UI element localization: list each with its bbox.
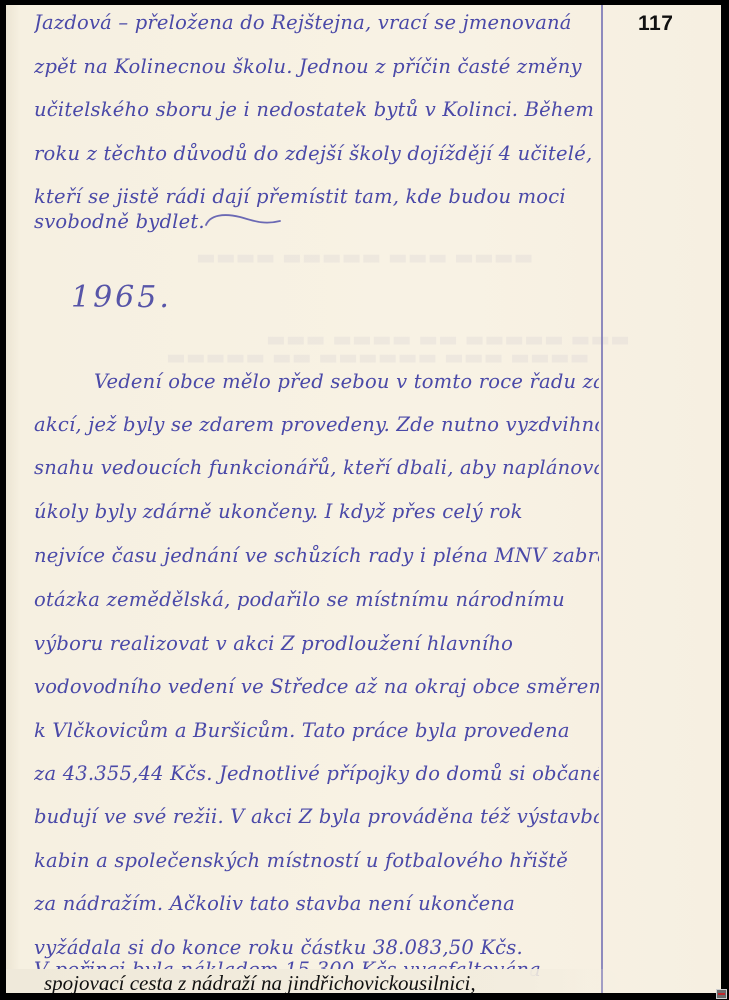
- handwritten-line: roku z těchto důvodů do zdejší školy doj…: [34, 142, 599, 165]
- handwritten-line: budují ve své režii. V akci Z byla prová…: [34, 805, 599, 828]
- minus-icon: [718, 993, 725, 995]
- handwritten-line: otázka zemědělská, podařilo se místnímu …: [34, 588, 599, 611]
- handwritten-line: výboru realizovat v akci Z prodloužení h…: [34, 632, 599, 655]
- handwritten-line: Jazdová – přeložena do Rejštejna, vrací …: [34, 11, 599, 34]
- year-heading: 1965.: [71, 280, 636, 315]
- handwritten-line: kteří se jistě rádi dají přemístit tam, …: [34, 185, 599, 208]
- handwritten-line: svobodně bydlet.: [34, 210, 204, 233]
- flourish-icon: [202, 209, 284, 231]
- handwritten-line: snahu vedoucích funkcionářů, kteří dbali…: [34, 456, 599, 479]
- margin-rule: [601, 5, 603, 993]
- transcription-caption: spojovací cesta z nádraží na jindřichovi…: [44, 971, 476, 993]
- manuscript-page: ▬▬▬ ▬▬▬▬ ▬▬ ▬▬▬▬▬ ▬▬▬ ▬▬▬▬▬ ▬▬ ▬▬▬▬▬▬ ▬▬…: [6, 5, 721, 993]
- handwritten-line: učitelského sboru je i nedostatek bytů v…: [34, 98, 599, 121]
- handwritten-line: kabin a společenských místností u fotbal…: [34, 849, 599, 872]
- bleed-through-text: ▬▬▬▬▬ ▬▬ ▬▬▬▬▬▬ ▬▬▬ ▬▬▬▬: [166, 345, 590, 369]
- handwritten-line: vodovodního vedení ve Středce až na okra…: [34, 675, 599, 698]
- handwritten-line: k Vlčkovicům a Buršicům. Tato práce byla…: [34, 719, 599, 742]
- handwritten-line: za 43.355,44 Kčs. Jednotlivé přípojky do…: [34, 762, 599, 785]
- handwritten-line: zpět na Kolinecnou školu. Jednou z příči…: [34, 55, 599, 78]
- handwritten-line: úkoly byly zdárně ukončeny. I když přes …: [34, 500, 599, 523]
- page-number: 117: [638, 12, 673, 36]
- handwritten-line: Vedení obce mělo před sebou v tomto roce…: [94, 370, 599, 393]
- handwritten-line: nejvíce času jednání ve schůzích rady i …: [34, 544, 599, 567]
- handwritten-line: za nádražím. Ačkoliv tato stavba není uk…: [34, 892, 599, 915]
- bleed-through-text: ▬▬▬▬ ▬▬▬▬▬ ▬▬▬ ▬▬▬▬: [196, 245, 534, 269]
- collapse-caption-button[interactable]: [716, 989, 727, 999]
- handwritten-line: akcí, jež byly se zdarem provedeny. Zde …: [34, 413, 599, 436]
- handwritten-line: vyžádala si do konce roku částku 38.083,…: [34, 936, 599, 959]
